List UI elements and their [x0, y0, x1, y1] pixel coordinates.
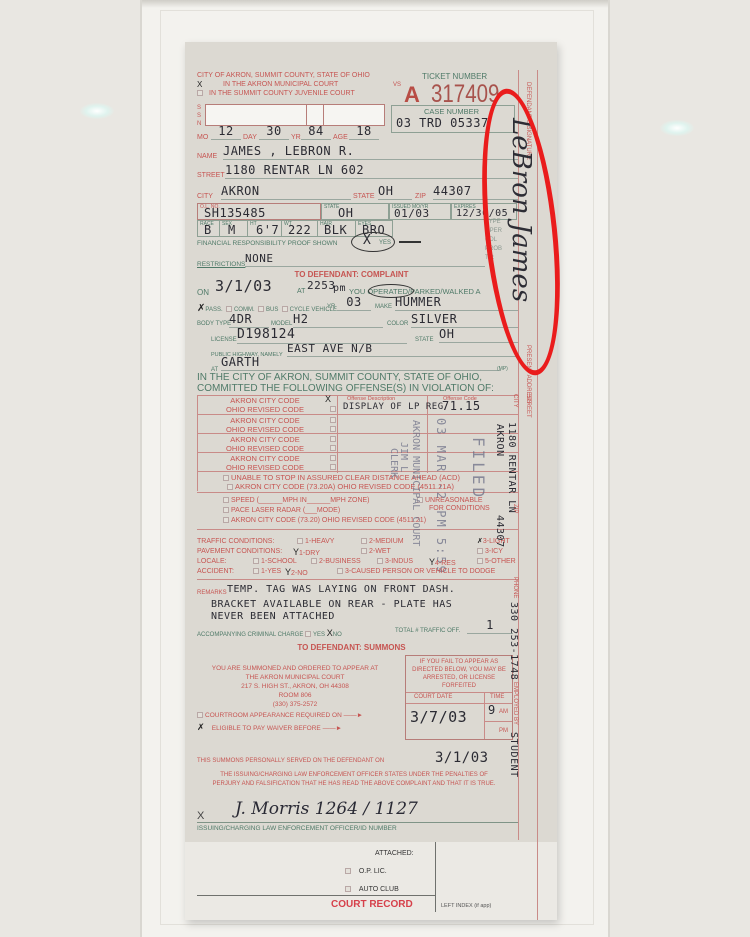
body-type: 4DR — [229, 313, 269, 328]
weight-cell: WT 222 — [282, 221, 318, 236]
defendant-present-street: 1180 RENTAR LN — [506, 422, 518, 513]
op-lic-checkbox[interactable] — [345, 868, 351, 874]
speed-code-checkbox[interactable] — [223, 517, 229, 523]
street-vertical-label: STREET — [524, 394, 531, 418]
served-date: 3/1/03 — [435, 750, 489, 766]
total-offenses-label: TOTAL # TRAFFIC OFF. — [395, 628, 460, 635]
court-option-municipal: IN THE AKRON MUNICIPAL COURT — [223, 81, 338, 89]
criminal-charge-label: ACCOMPANYING CRIMINAL CHARGE — [197, 632, 303, 638]
offense-checkbox[interactable] — [330, 406, 338, 414]
traffic-option-heavy: 1-HEAVY — [297, 537, 334, 547]
city-vertical-label: CITY — [511, 394, 518, 408]
locale-option-school: 1-SCHOOL — [253, 557, 297, 567]
dob-year: 84 — [301, 125, 331, 140]
zip-label: ZIP — [415, 193, 426, 201]
dob-day: 30 — [259, 125, 289, 140]
fin-resp-mark[interactable]: X — [363, 234, 371, 249]
vehicle-type-bus-checkbox[interactable] — [258, 306, 264, 312]
offense-checkbox[interactable] — [330, 436, 338, 444]
offense-row: AKRON CITY CODEOHIO REVISED CODE — [197, 414, 518, 433]
court-room: ROOM 806 — [195, 691, 395, 700]
court-date: 3/7/03 — [410, 709, 467, 726]
criminal-charge-row: ACCOMPANYING CRIMINAL CHARGE YES XNO — [197, 628, 342, 639]
race-cell: RACE B — [198, 221, 220, 236]
color-label: COLOR — [387, 321, 408, 328]
time-label: TIME — [490, 694, 504, 701]
pavement-icy-checkbox[interactable] — [477, 548, 483, 554]
code-type: AKRON CITY CODEOHIO REVISED CODE — [215, 454, 315, 472]
height-cell: HT 6'7 — [248, 221, 282, 236]
am-label: AM — [499, 709, 508, 716]
at-location: GARTH — [221, 356, 501, 371]
acd-checkbox[interactable] — [223, 475, 229, 481]
pavement-option-icy: 3-ICY — [477, 547, 503, 557]
dl-issued: 01/03 — [394, 208, 430, 221]
body-type-label: BODY TYPE — [197, 321, 231, 328]
case-number: 03 TRD 05337 — [396, 117, 489, 131]
auto-club-checkbox[interactable] — [345, 886, 351, 892]
defendant-present-zip: 44307 — [494, 515, 506, 548]
ssn-label: S S N — [197, 104, 202, 128]
dl-number-box: O.L. NO. SH135485 — [197, 203, 321, 220]
court-phone: (330) 375-2572 — [195, 700, 395, 709]
defendant-phone: 330 253-1748 — [508, 602, 520, 680]
dl-issued-box: ISSUED MO/YR 01/03 — [389, 203, 451, 220]
traffic-option-medium: 2-MEDIUM — [361, 537, 404, 547]
locale-other-checkbox[interactable] — [477, 558, 483, 564]
offense-checkbox[interactable] — [330, 455, 338, 463]
served-label: THIS SUMMONS PERSONALLY SERVED ON THE DE… — [197, 758, 384, 765]
restrictions-label: RESTRICTIONS — [197, 261, 245, 268]
court-date-box: IF YOU FAIL TO APPEAR AS DIRECTED BELOW,… — [405, 655, 513, 740]
officer-signature: J. Morris 1264 / 1127 — [235, 800, 418, 820]
defendant-employer: STUDENT — [508, 732, 520, 778]
locale-option-other: 5-OTHER — [477, 557, 516, 567]
accident-label: ACCIDENT: — [197, 568, 234, 575]
remarks-label: REMARKS — [197, 590, 227, 597]
court-time: 9 — [488, 704, 496, 718]
attached-label: ATTACHED: — [375, 850, 414, 858]
make-label: MAKE — [375, 304, 392, 311]
court-checkbox-juvenile[interactable] — [197, 90, 205, 98]
speed-line-1: SPEED (______MPH IN______MPH ZONE) — [223, 497, 370, 505]
day-label: DAY — [243, 134, 257, 142]
dl-state: OH — [338, 207, 353, 221]
defendant-street: 1180 RENTAR LN 602 — [225, 164, 518, 179]
locale-option-indus: 3-INDUS — [377, 557, 413, 567]
jurisdiction-text: CITY OF AKRON, SUMMIT COUNTY, STATE OF O… — [197, 72, 370, 80]
officer-label: ISSUING/CHARGING LAW ENFORCEMENT OFFICER… — [197, 825, 397, 832]
accident-yes-checkbox[interactable] — [253, 568, 259, 574]
court-option-juvenile: IN THE SUMMIT COUNTY JUVENILE COURT — [209, 90, 355, 98]
locale-indus-checkbox[interactable] — [377, 558, 383, 564]
dl-number: SH135485 — [204, 207, 266, 221]
offense-code: 71.15 — [442, 400, 481, 414]
clerk-stamp-clerk: CLERK — [388, 448, 400, 478]
dob-month: 12 — [211, 125, 241, 140]
summons-title: TO DEFENDANT: SUMMONS — [185, 643, 518, 652]
conditions-block: TRAFFIC CONDITIONS: 1-HEAVY 2-MEDIUM ✗3-… — [197, 537, 518, 577]
speed-line-2: PACE LASER RADAR (___MODE) — [223, 507, 340, 515]
defendant-name: JAMES , LEBRON R. — [223, 145, 518, 160]
defendant-city: AKRON — [221, 185, 351, 200]
sex: M — [228, 224, 236, 238]
vehicle-year: 03 — [337, 296, 371, 311]
zip-vertical-label: ZIP — [511, 504, 518, 513]
hair: BLK — [324, 224, 347, 238]
offense-time: 2253 — [307, 280, 336, 293]
pavement-label: PAVEMENT CONDITIONS: — [197, 548, 282, 555]
divider — [197, 895, 435, 896]
accident-option-yes: 1-YES — [253, 567, 281, 577]
vehicle-model: H2 — [293, 313, 383, 328]
yr-label: YR — [327, 304, 335, 311]
signature-x: X — [197, 810, 204, 823]
committed-line-2: COMMITTED THE FOLLOWING OFFENSE(S) IN VI… — [197, 383, 527, 395]
court-name: THE AKRON MUNICIPAL COURT — [195, 673, 395, 682]
speed-line-3: AKRON CITY CODE (73.20) OHIO REVISED COD… — [223, 517, 426, 525]
left-index-label: LEFT INDEX (if app) — [441, 903, 491, 909]
offense-ampm: pm — [333, 283, 346, 295]
pace-checkbox[interactable] — [223, 507, 229, 513]
criminal-yes-checkbox[interactable] — [305, 631, 311, 637]
code-type: AKRON CITY CODEOHIO REVISED CODE — [215, 396, 315, 414]
pay-waiver-mark[interactable]: ✗ — [197, 722, 205, 732]
fin-resp-yes: YES — [379, 240, 391, 247]
court-date-label: COURT DATE — [414, 694, 452, 701]
public-highway: EAST AVE N/B — [287, 343, 518, 357]
arrow-mark — [399, 241, 421, 243]
clerk-stamp-court: AKRON MUNICIPAL COURT — [410, 420, 422, 546]
court-record-label: COURT RECORD — [331, 899, 413, 911]
attached-auto-club: AUTO CLUB — [345, 886, 399, 894]
pay-waiver-option: ✗ ELIGIBLE TO PAY WAIVER BEFORE ——► — [197, 722, 342, 732]
vs-label: VS — [393, 82, 401, 89]
code-type: AKRON CITY CODEOHIO REVISED CODE — [215, 416, 315, 434]
vehicle-type-cycle-checkbox[interactable] — [282, 306, 288, 312]
summons-line-1: YOU ARE SUMMONED AND ORDERED TO APPEAR A… — [195, 664, 395, 673]
locale-label: LOCALE: — [197, 558, 227, 565]
name-label: NAME — [197, 153, 217, 161]
offense-row: AKRON CITY CODEOHIO REVISED CODE X DISPL… — [197, 395, 518, 414]
street-label: STREET — [197, 172, 225, 180]
yr-label: YR — [291, 134, 301, 142]
offense-description: DISPLAY OF LP REG — [343, 402, 444, 412]
defendant-state: OH — [378, 185, 412, 200]
accident-dodge-checkbox[interactable] — [337, 568, 343, 574]
remarks-line-3: NEVER BEEN ATTACHED — [211, 611, 335, 623]
remarks-line-1: TEMP. TAG WAS LAYING ON FRONT DASH. — [227, 584, 455, 596]
pavement-wet-checkbox[interactable] — [361, 548, 367, 554]
fin-resp-label: FINANCIAL RESPONSIBILITY PROOF SHOWN — [197, 240, 338, 247]
locale-school-checkbox[interactable] — [253, 558, 259, 564]
fail-to-appear-warning: IF YOU FAIL TO APPEAR AS DIRECTED BELOW,… — [408, 658, 510, 690]
mo-label: MO — [197, 134, 208, 142]
courtroom-appearance-option: COURTROOM APPEARANCE REQUIRED ON ——► — [197, 712, 363, 719]
locale-row: LOCALE: 1-SCHOOL 2-BUSINESS 3-INDUS Y4-R… — [197, 557, 518, 567]
perjury-statement: THE ISSUING/CHARGING LAW ENFORCEMENT OFF… — [209, 771, 499, 789]
court-address: 217 S. HIGH ST., AKRON, OH 44308 — [195, 682, 395, 691]
accident-row: ACCIDENT: 1-YES Y2-NO 3-CAUSED PERSON OR… — [197, 567, 518, 577]
age-label: AGE — [333, 134, 348, 142]
sex-cell: SEX M — [220, 221, 248, 236]
locale-business-checkbox[interactable] — [311, 558, 317, 564]
employed-by-vertical-label: EMPLOYED BY — [511, 682, 518, 725]
offense-mark[interactable]: X — [325, 394, 331, 404]
race: B — [204, 224, 212, 238]
traffic-label: TRAFFIC CONDITIONS: — [197, 538, 274, 545]
acd-code-checkbox[interactable] — [227, 484, 233, 490]
accident-option-dodge: 3-CAUSED PERSON OR VEHICLE TO DODGE — [337, 567, 495, 577]
phone-vertical-label: PHONE — [511, 577, 518, 598]
wall-light-left — [80, 103, 114, 119]
ssn-divider — [306, 104, 324, 126]
accident-option-no: Y2-NO — [285, 567, 308, 579]
traffic-heavy-checkbox[interactable] — [297, 538, 303, 544]
clerk-stamp-filed: FILED — [469, 437, 487, 500]
pavement-conditions-row: PAVEMENT CONDITIONS: Y1-DRY 2-WET 3-ICY — [197, 547, 518, 557]
summons-address-block: YOU ARE SUMMONED AND ORDERED TO APPEAR A… — [195, 664, 395, 709]
city-label: CITY — [197, 193, 213, 201]
height: 6'7 — [256, 224, 279, 238]
speed-checkbox[interactable] — [223, 497, 229, 503]
on-label: ON — [197, 288, 209, 297]
wall-light-right — [660, 120, 694, 136]
at-label: AT — [297, 288, 305, 296]
divider — [435, 842, 436, 912]
locale-option-business: 2-BUSINESS — [311, 557, 361, 567]
state-label: STATE — [353, 193, 375, 201]
total-offenses: 1 — [467, 619, 513, 634]
divider — [197, 579, 518, 580]
dl-state-box: STATE OH — [321, 203, 389, 220]
committed-line-1: IN THE CITY OF AKRON, SUMMIT COUNTY, STA… — [197, 372, 527, 384]
frame-shadow — [142, 0, 608, 8]
hair-cell: HAIR BLK — [318, 221, 356, 236]
age: 18 — [349, 125, 379, 140]
ssn-field-redacted — [205, 104, 385, 126]
traffic-conditions-row: TRAFFIC CONDITIONS: 1-HEAVY 2-MEDIUM ✗3-… — [197, 537, 518, 547]
vehicle-type-pass: PASS. — [205, 307, 222, 313]
clerk-stamp-name: JIM L — [398, 442, 410, 472]
attached-op-lic: O.P. LIC. — [345, 868, 387, 876]
restrictions: NONE — [245, 253, 485, 267]
remarks-line-2: BRACKET AVAILABLE ON REAR - PLATE HAS — [211, 599, 452, 611]
courtroom-appearance-checkbox[interactable] — [197, 712, 203, 718]
court-checkbox-municipal[interactable]: X — [197, 80, 202, 89]
divider — [197, 529, 518, 530]
weight: 222 — [288, 224, 311, 238]
code-type: AKRON CITY CODEOHIO REVISED CODE — [215, 435, 315, 453]
defendant-present-city: AKRON — [494, 424, 506, 457]
ticket-prefix: A — [404, 82, 420, 107]
pavement-option-wet: 2-WET — [361, 547, 391, 557]
traffic-medium-checkbox[interactable] — [361, 538, 367, 544]
license-label: LICENSE — [211, 337, 237, 344]
signature-line — [197, 822, 518, 823]
offense-checkbox[interactable] — [330, 417, 338, 425]
offense-date: 3/1/03 — [215, 278, 272, 295]
